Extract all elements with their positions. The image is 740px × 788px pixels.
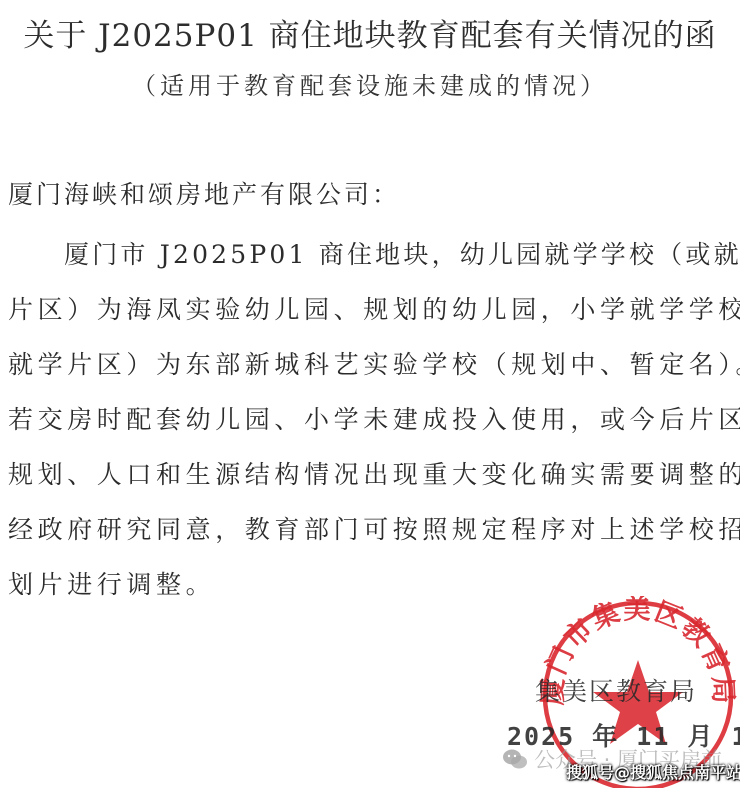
body-line: 经政府研究同意，教育部门可按照规定程序对上述学校招生	[8, 510, 740, 546]
letter-title: 关于 J2025P01 商住地块教育配套有关情况的函	[0, 10, 740, 55]
sohu-watermark: 搜狐号@搜狐焦点南平站	[566, 760, 740, 783]
body-line: 厦门市 J2025P01 商住地块，幼儿园就学学校（或就学	[64, 235, 740, 271]
wechat-icon	[502, 748, 528, 770]
official-letter: 关于 J2025P01 商住地块教育配套有关情况的函 （适用于教育配套设施未建成…	[0, 0, 740, 788]
body-line: 划片进行调整。	[8, 565, 215, 601]
body-line: 若交房时配套幼儿园、小学未建成投入使用，或今后片区的	[8, 400, 740, 436]
addressee: 厦门海峡和颂房地产有限公司：	[8, 175, 400, 211]
letter-subtitle: （适用于教育配套设施未建成的情况）	[0, 66, 740, 101]
body-line: 就学片区）为东部新城科艺实验学校（规划中、暂定名）。	[8, 345, 740, 381]
body-line: 规划、人口和生源结构情况出现重大变化确实需要调整的，	[8, 455, 740, 491]
body-line: 片区）为海凤实验幼儿园、规划的幼儿园，小学就学学校（或	[8, 290, 740, 326]
issuer-signature: 集美区教育局	[535, 672, 697, 708]
